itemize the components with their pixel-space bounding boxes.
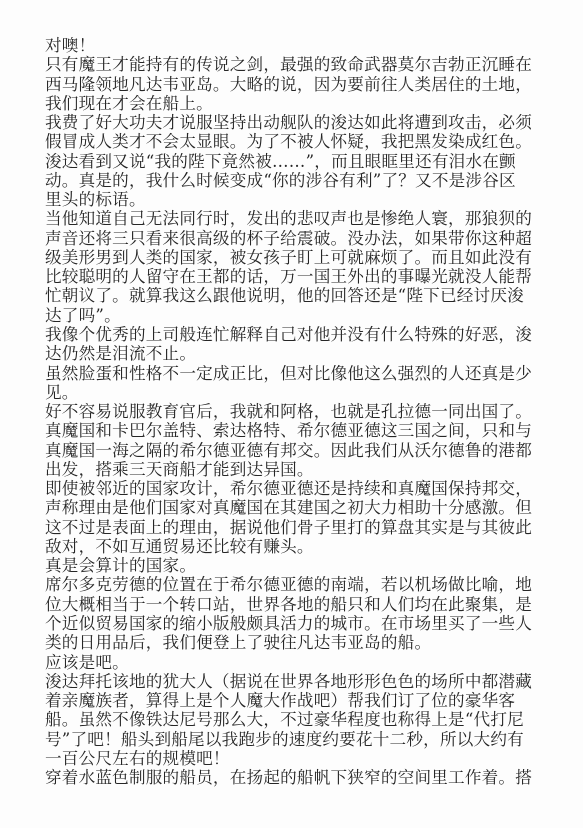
- text-line: 即使被邻近的国家攻计，希尔德亚德还是持续和真魔国保持邦交，: [45, 479, 545, 498]
- text-line: 达仍然是泪流不止。: [45, 344, 545, 363]
- text-line: 敌对，不如互通贸易还比较有赚头。: [45, 537, 545, 556]
- text-line: 达了吗”。: [45, 306, 545, 325]
- text-line: 声音还将三只看来很高级的杯子给震破。没办法，如果带你这种超: [45, 229, 545, 248]
- text-line: 这不过是表面上的理由，据说他们骨子里打的算盘其实是与其彼此: [45, 518, 545, 537]
- text-line: 忙朝议了。就算我这么跟他说明，他的回答还是“陛下已经讨厌浚: [45, 286, 545, 305]
- text-line: 真是会算计的国家。: [45, 556, 545, 575]
- text-line: 里头的标语。: [45, 190, 545, 209]
- scanned-page: 对噢！只有魔王才能持有的传说之剑，最强的致命武器莫尔吉勃正沉睡在西马隆领地凡达韦…: [0, 0, 583, 828]
- text-line: 浚达看到又说“我的陛下竟然被……”，而且眼眶里还有泪水在颤: [45, 152, 545, 171]
- text-line: 我们现在才会在船上。: [45, 94, 545, 113]
- text-line: 假冒成人类才不会太显眼。为了不被人怀疑，我把黑发染成红色。: [45, 132, 545, 151]
- text-line: 着亲魔族者，算得上是个人魔大作战吧）帮我们订了位的豪华客: [45, 691, 545, 710]
- text-line: 出发，搭乘三天商船才能到达异国。: [45, 460, 545, 479]
- text-line: 见。: [45, 383, 545, 402]
- text-line: 类的日用品后，我们便登上了驶往凡达韦亚岛的船。: [45, 633, 545, 652]
- text-line: 好不容易说服教育官后，我就和阿格，也就是孔拉德一同出国了。: [45, 402, 545, 421]
- text-line: 席尔多克劳德的位置在于希尔德亚德的南端，若以机场做比喻，地: [45, 575, 545, 594]
- text-line: 号”了吧！船头到船尾以我跑步的速度约要花十二秒，所以大约有: [45, 730, 545, 749]
- text-line: 西马隆领地凡达韦亚岛。大略的说，因为要前往人类居住的土地，: [45, 75, 545, 94]
- text-line: 级美形男到人类的国家，被女孩子盯上可就麻烦了。而且如此没有: [45, 248, 545, 267]
- text-line: 比较聪明的人留守在王都的话，万一国王外出的事曝光就没人能帮: [45, 267, 545, 286]
- text-line: 位大概相当于一个转口站，世界各地的船只和人们均在此聚集，是: [45, 595, 545, 614]
- text-line: 船。虽然不像铁达尼号那么大，不过豪华程度也称得上是“代打尼: [45, 710, 545, 729]
- text-line: 虽然脸蛋和性格不一定成正比，但对比像他这么强烈的人还真是少: [45, 364, 545, 383]
- text-line: 真魔国和卡巴尔盖特、索达格特、希尔德亚德这三国之间，只和与: [45, 421, 545, 440]
- text-line: 浚达拜托该地的犹大人（据说在世界各地形形色色的场所中都潜藏: [45, 672, 545, 691]
- text-line: 动。真是的，我什么时候变成“你的涉谷有利”了？又不是涉谷区: [45, 171, 545, 190]
- text-line: 对噢！: [45, 36, 545, 55]
- text-line: 当他知道自己无法同行时，发出的悲叹声也是惨绝人寰，那狼狈的: [45, 209, 545, 228]
- text-line: 只有魔王才能持有的传说之剑，最强的致命武器莫尔吉勃正沉睡在: [45, 55, 545, 74]
- novel-text-block: 对噢！只有魔王才能持有的传说之剑，最强的致命武器莫尔吉勃正沉睡在西马隆领地凡达韦…: [45, 36, 545, 787]
- text-line: 声称理由是他们国家对真魔国在其建国之初大力相助十分感激。但: [45, 498, 545, 517]
- text-line: 真魔国一海之隔的希尔德亚德有邦交。因此我们从沃尔德鲁的港都: [45, 441, 545, 460]
- text-line: 我像个优秀的上司般连忙解释自己对他并没有什么特殊的好恶，浚: [45, 325, 545, 344]
- text-line: 个近似贸易国家的缩小版般颇具活力的城市。在市场里买了一些人: [45, 614, 545, 633]
- text-line: 我费了好大功夫才说服坚持出动舰队的浚达如此将遭到攻击，必须: [45, 113, 545, 132]
- text-line: 一百公尺左右的规模吧！: [45, 749, 545, 768]
- text-line: 穿着水蓝色制服的船员，在扬起的船帆下狭窄的空间里工作着。搭: [45, 768, 545, 787]
- text-line: 应该是吧。: [45, 653, 545, 672]
